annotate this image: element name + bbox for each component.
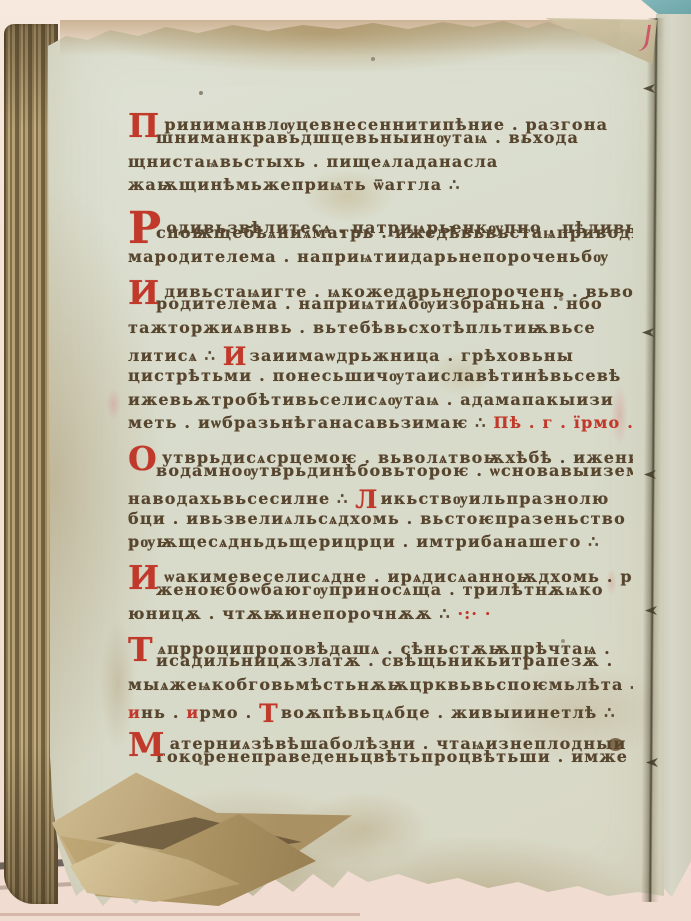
text-line: Иѡакимевеселисѧдне . ирѧдисѧанноѭдхомь .…	[128, 554, 633, 578]
drop-cap: Т	[128, 633, 154, 666]
inline-initial: Т	[259, 701, 279, 726]
pink-smudge	[106, 388, 121, 420]
drop-cap: О	[128, 442, 158, 475]
drop-cap: Р	[128, 207, 162, 251]
text-line: женоѥбоѡбаюгѹприносѧща . трилѣтнѫѩко	[128, 578, 633, 602]
body-text: мыѧжеѩкобговьмѣстьнѫѭцрквьвьспоѥмьлѣта ∴	[128, 675, 633, 694]
body-text: меть . иѡбразьнѣганасавьзимаѥ ∴	[128, 413, 493, 432]
text-line: шниманкравьдшцевьныинѹтаѩ . вьхода	[128, 126, 633, 150]
body-text: литисѧ ∴	[128, 346, 223, 365]
body-text: шниманкравьдшцевьныинѹтаѩ . вьхода	[156, 128, 579, 147]
body-text: заиимаѡдрьжница . грѣховьны	[250, 346, 574, 365]
body-text: жаѭщинѣмьжеприѩть ѿаггла ∴	[128, 175, 460, 194]
body-text: бци . ивьзвелиѧльсѧдхомь . вьстоѥпразень…	[128, 509, 633, 528]
text-line: Матерниѧзѣвѣшаболѣзни . чтаѩизнеплодныи	[128, 721, 633, 745]
text-line: бци . ивьзвелиѧльсѧдхомь . вьстоѥпразень…	[128, 507, 633, 531]
drop-cap: М	[128, 728, 166, 761]
text-line: литисѧ ∴ Изаиимаѡдрьжница . грѣховьны	[128, 340, 633, 364]
body-text: мародителема . наприѩтиидарьнепороченьбѹ	[128, 247, 609, 266]
body-text: родителема . наприѩтиѧбѹизбраньна . нбо	[156, 294, 603, 313]
text-line: тажторжиѧвнвь . вьтебѣвьсхотѣпльтиѭвьсе	[128, 316, 633, 340]
text-line: Оутврьдисѧсрцемоѥ . вьволѧтвоѭхѣбѣ . иже…	[128, 435, 633, 459]
rubric-text: и	[128, 703, 141, 722]
body-text: нь .	[141, 703, 186, 722]
specks	[0, 0, 2, 2]
body-text: рмо .	[199, 703, 259, 722]
text-line: мародителема . наприѩтиидарьнепороченьбѹ	[128, 245, 633, 269]
desk-groove	[0, 913, 360, 916]
text-line: Идивьстаѩигте . ѩкожедарьнепорочень . вь…	[128, 269, 633, 293]
text-line: ижевьѫтробѣтивьселисѧѹтаѩ . адамапакыизи	[128, 388, 633, 412]
text-line: инь . ирмо . Твоѫпѣвьцѧбце . живыиинетлѣ…	[128, 697, 633, 721]
body-text: гокоренеправеденьцвѣтьпроцвѣтьши . имже	[156, 747, 628, 766]
stain	[60, 20, 620, 56]
text-line: водамноѹтврьдинѣбовьтороѥ . ѡсновавыизем…	[128, 459, 633, 483]
text-line: споѭщебѣѧниѧматрь . ижедѣвьвьстаѩприводи	[128, 221, 633, 245]
body-text: икьствѹильпразнолю	[381, 489, 610, 508]
text-line: Тѧпрроципроповѣдашѧ . сѣньстѫѭпрѣчтаѩ .	[128, 626, 633, 650]
body-text: наводахьвьсесилне ∴	[128, 489, 355, 508]
inline-initial: Л	[355, 487, 378, 512]
text-line: Приниманвлѹцевнесеннитипѣние . разгона	[128, 102, 633, 126]
text-line: исадильницѫзлатѫ . свѣщьникьитрапезѫ .	[128, 649, 633, 673]
text-block: Приниманвлѹцевнесеннитипѣние . разгонашн…	[128, 102, 633, 792]
body-text: рѹѭщесѧдньдьщерицрци . имтрибанашего ∴	[128, 532, 600, 551]
rubric-text: ·:· ·	[457, 604, 491, 623]
text-line: жаѭщинѣмьжеприѩть ѿаггла ∴	[128, 173, 633, 197]
manuscript-photo: Приниманвлѹцевнесеннитипѣние . разгонашн…	[0, 0, 691, 921]
text-line: гокоренеправеденьцвѣтьпроцвѣтьши . имже	[128, 745, 633, 769]
body-text: споѭщебѣѧниѧматрь . ижедѣвьвьстаѩприводи	[156, 223, 633, 242]
body-text: тажторжиѧвнвь . вьтебѣвьсхотѣпльтиѭвьсе	[128, 318, 596, 337]
text-line: щнистаѩвьстыхь . пищеѧладанасла	[128, 150, 633, 174]
rubric-text: и	[186, 703, 199, 722]
body-text: ижевьѫтробѣтивьселисѧѹтаѩ . адамапакыизи	[128, 390, 614, 409]
inline-initial: И	[223, 344, 248, 369]
drop-cap: И	[128, 561, 160, 594]
body-text: исадильницѫзлатѫ . свѣщьникьитрапезѫ .	[156, 651, 613, 670]
body-text: юницѫ . чтѫѭинепорочнѫѫ ∴	[128, 604, 457, 623]
body-text: водамноѹтврьдинѣбовьтороѥ . ѡсновавыизем…	[156, 461, 633, 480]
text-line: цистрѣтьми . понесьшичѹтаиславѣтинѣвьсев…	[128, 364, 633, 388]
text-line: Родивьзвѣлитесѧ . патриѩрьенкѹпно . пѣли…	[128, 197, 633, 221]
body-text: щнистаѩвьстыхь . пищеѧладанасла	[128, 152, 499, 171]
body-text: цистрѣтьми . понесьшичѹтаиславѣтинѣвьсев…	[128, 366, 622, 385]
text-line: наводахьвьсесилне ∴ Ликьствѹильпразнолю	[128, 483, 633, 507]
text-line: мыѧжеѩкобговьмѣстьнѫѭцрквьвьспоѥмьлѣта ∴	[128, 673, 633, 697]
drop-cap: И	[128, 276, 160, 309]
text-line: меть . иѡбразьнѣганасавьзимаѥ ∴ Пѣ . г .…	[128, 411, 633, 435]
text-line: юницѫ . чтѫѭинепорочнѫѫ ∴ ·:· ·	[128, 602, 633, 626]
body-text: женоѥбоѡбаюгѹприносѧща . трилѣтнѫѩко	[156, 580, 604, 599]
text-line: родителема . наприѩтиѧбѹизбраньна . нбо	[128, 292, 633, 316]
rubric-text: Пѣ . г . їрмо .	[493, 413, 633, 432]
text-line: рѹѭщесѧдньдьщерицрци . имтрибанашего ∴	[128, 530, 633, 554]
body-text: воѫпѣвьцѧбце . живыиинетлѣ ∴	[281, 703, 616, 722]
drop-cap: П	[128, 109, 160, 142]
